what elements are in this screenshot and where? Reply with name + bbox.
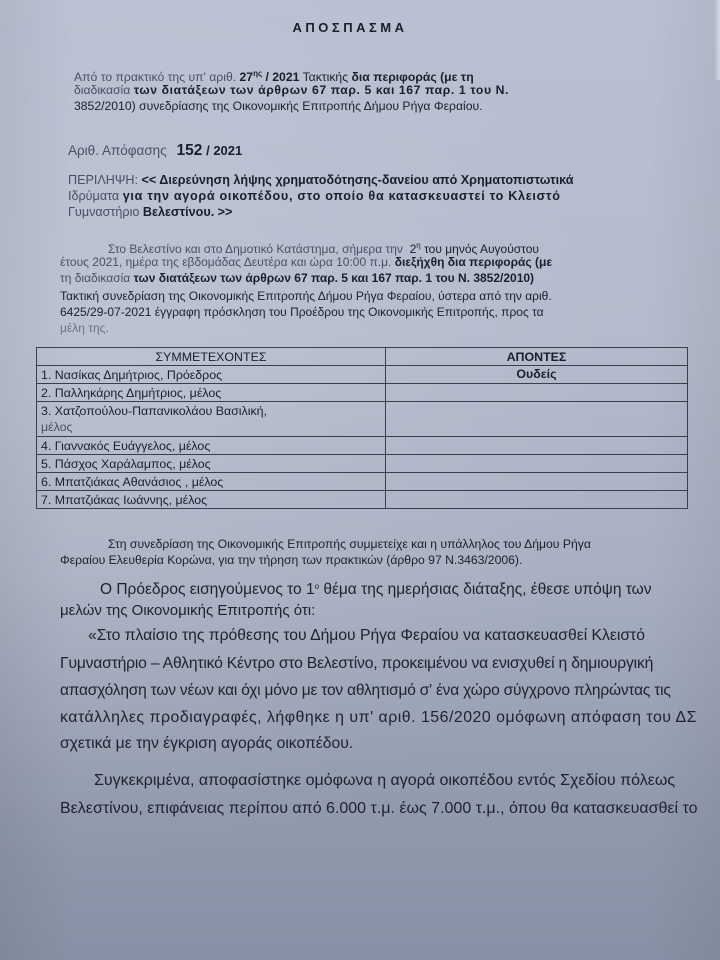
table-row: 6. Μπατζιάκας Αθανάσιος , μέλος [37,473,688,491]
member-name: 7. Μπατζιάκας Ιωάννης, μέλος [37,491,386,509]
body-line-7: σχετικά με την έγκριση αγοράς οικοπέδου. [60,735,353,753]
decision-year: / 2021 [206,143,242,158]
absent-value: Ουδείς [386,366,688,384]
intro-line-6: μέλη της. [60,320,109,336]
table-row: 4. Γιαννακός Ευάγγελος, μέλος [37,437,688,455]
member-name: 2. Παλληκάρης Δημήτριος, μέλος [37,384,386,402]
member-name: 1. Νασίκας Δημήτριος, Πρόεδρος [37,366,386,384]
absent-header: ΑΠΟΝΤΕΣ [386,348,688,366]
summary-line-2: Ιδρύματα για την αγορά οικοπέδου, στο οπ… [68,189,561,203]
table-row: 7. Μπατζιάκας Ιωάννης, μέλος [37,491,688,509]
decision-label: Αριθ. Απόφασης [68,143,167,158]
body-line-9: Βελεστίνου, επιφάνειας περίπου από 6.000… [60,800,697,818]
employee-line-2: Φεραίου Ελευθερία Κορώνα, για την τήρηση… [60,553,522,567]
table-row: 2. Παλληκάρης Δημήτριος, μέλος [37,384,688,402]
absent-cell [386,437,688,455]
body-line-8: Συγκεκριμένα, αποφασίστηκε ομόφωνα η αγο… [94,772,675,790]
intro-line-3: τη διαδικασία των διατάξεων των άρθρων 6… [60,270,534,286]
summary-line-1: ΠΕΡΙΛΗΨΗ: << Διερεύνηση λήψης χρηματοδότ… [68,173,574,187]
member-name: 6. Μπατζιάκας Αθανάσιος , μέλος [37,473,386,491]
table-row: 1. Νασίκας Δημήτριος, Πρόεδρος Ουδείς [37,366,688,384]
absent-cell [386,402,688,437]
intro-line-2: έτους 2021, ημέρα της εβδομάδας Δευτέρα … [60,254,552,270]
header-line-3: 3852/2010) συνεδρίασης της Οικονομικής Ε… [74,98,483,114]
member-name: 5. Πάσχος Χαράλαμπος, μέλος [37,455,386,473]
body-line-5: απασχόληση των νέων και όχι μόνο με τον … [60,682,671,700]
present-header: ΣΥΜΜΕΤΕΧΟΝΤΕΣ [37,348,386,366]
body-line-4: Γυμναστήριο – Αθλητικό Κέντρο στο Βελεστ… [60,655,653,673]
body-line-3: «Στο πλαίσιο της πρόθεσης του Δήμου Ρήγα… [88,627,645,645]
employee-line-1: Στη συνεδρίαση της Οικονομικής Επιτροπής… [108,537,591,551]
body-line-2: μελών της Οικονομικής Επιτροπής ότι: [60,602,315,619]
table-row: 5. Πάσχος Χαράλαμπος, μέλος [37,455,688,473]
header-line-2: διαδικασία των διατάξεων των άρθρων 67 π… [74,82,509,98]
absent-cell [386,491,688,509]
table-row: 3. Χατζοπούλου-Παπανικολάου Βασιλική, μέ… [37,402,688,437]
decision-number: Αριθ. Απόφασης 152 / 2021 [68,142,242,160]
document-title: ΑΠΟΣΠΑΣΜΑ [0,20,700,35]
body-line-1: Ο Πρόεδρος εισηγούμενος το 1ο θέμα της η… [100,581,652,599]
paper-edge [714,0,720,80]
attendance-table: ΣΥΜΜΕΤΕΧΟΝΤΕΣ ΑΠΟΝΤΕΣ 1. Νασίκας Δημήτρι… [36,347,688,509]
table-header-row: ΣΥΜΜΕΤΕΧΟΝΤΕΣ ΑΠΟΝΤΕΣ [37,348,688,366]
summary-line-3: Γυμναστήριο Βελεστίνου. >> [68,205,232,219]
intro-line-4: Τακτική συνεδρίαση της Οικονομικής Επιτρ… [60,288,552,304]
decision-value: 152 [176,142,202,159]
absent-cell [386,473,688,491]
absent-cell [386,455,688,473]
intro-line-5: 6425/29-07-2021 έγγραφη πρόσκληση του Πρ… [60,304,544,320]
absent-cell [386,384,688,402]
member-name: 3. Χατζοπούλου-Παπανικολάου Βασιλική, μέ… [37,402,386,437]
body-line-6: κατάλληλες προδιαγραφές, λήφθηκε η υπ' α… [60,709,697,727]
member-name: 4. Γιαννακός Ευάγγελος, μέλος [37,437,386,455]
summary-label: ΠΕΡΙΛΗΨΗ: [68,173,138,187]
